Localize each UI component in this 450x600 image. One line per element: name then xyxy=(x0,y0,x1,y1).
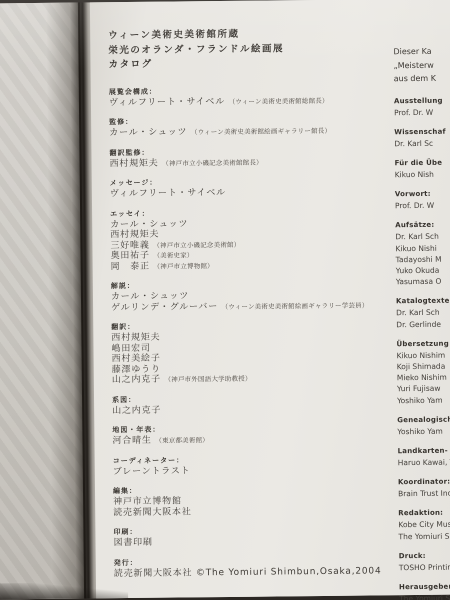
credit-name: 西村規矩夫 xyxy=(110,158,159,169)
credit-affiliation: （ウィーン美術史美術館総館長） xyxy=(229,96,329,105)
credit-name: Mieko Nishim xyxy=(397,371,450,384)
credit-section-label: Übersetzung xyxy=(396,336,450,349)
credit-entry: 河合晴生 （東京都美術館） xyxy=(112,433,417,447)
credit-name: Dr. Gerlinde xyxy=(396,317,450,330)
credit-name: 西村美絵子 xyxy=(112,354,161,365)
credit-section: コーディネーター：ブレーントラスト xyxy=(113,451,418,477)
credit-name: 神戸市立博物館 xyxy=(113,496,182,507)
credit-name: 読売新聞大阪本社 xyxy=(113,507,192,518)
credit-section-label: Vorwort: xyxy=(395,187,450,200)
credit-affiliation: （神戸市外国語大学助教授） xyxy=(164,375,251,384)
credit-name: Prof. Dr. W xyxy=(395,199,450,212)
bottom-left-shadow xyxy=(0,582,128,600)
credit-name: 西村規矩夫 xyxy=(110,230,159,241)
credit-section-label: Landkarten- u xyxy=(398,444,450,457)
credit-name: Kobe City Mus xyxy=(398,518,450,531)
credit-section: 発行：読売新聞大阪本社 ©The Yomiuri Shimbun,Osaka,2… xyxy=(114,553,419,579)
credit-section-label: Redaktion: xyxy=(398,506,450,519)
credit-section-label: Druck: xyxy=(399,548,450,561)
credit-section: ÜbersetzungKikuo NishimKoji ShimadaMieko… xyxy=(396,336,450,405)
open-book: ウィーン美術史美術館所蔵栄光のオランダ・フランドル絵画展カタログ 展覧会構成：ヴ… xyxy=(0,0,450,600)
credit-name: Prof. Dr. W xyxy=(394,105,450,118)
credit-section: Druck:TOSHO Printing xyxy=(399,548,450,573)
credit-section: Für die ÜbeKikuo Nish xyxy=(395,156,450,181)
credit-affiliation: （美術史家） xyxy=(153,251,193,259)
credit-name: Haruo Kawai, T xyxy=(398,456,450,469)
credit-name: Brain Trust Inc xyxy=(398,487,450,500)
credit-section: 翻訳監修：西村規矩夫 （神戸市立小磯記念美術館館長） xyxy=(109,144,414,170)
credit-section: KatalogtexteDr. Karl SchDr. Gerlinde xyxy=(396,294,450,330)
credit-name: ゲルリンデ・グルーバー xyxy=(111,302,218,313)
credit-section: 編集：神戸市立博物館読売新聞大阪本社 xyxy=(113,482,418,518)
credit-name: Dr. Karl Sch xyxy=(396,306,450,319)
credit-section-label: Genealogisch xyxy=(397,412,450,425)
credit-name: 読売新聞大阪本社 ©The Yomiuri Shimbun,Osaka,2004 xyxy=(114,566,382,579)
credit-section: Vorwort:Prof. Dr. W xyxy=(395,187,450,212)
credit-entry: ヴィルフリート・サイベル （ウィーン美術史美術館総館長） xyxy=(109,95,414,109)
credit-name: Dr. Karl Sch xyxy=(395,230,450,243)
credit-name: ヴィルフリート・サイベル xyxy=(110,188,226,199)
credit-affiliation: （ウィーン美術史美術館絵画ギャラリー館長） xyxy=(191,127,331,136)
credit-name: 西村規矩夫 xyxy=(111,333,160,344)
catalog-title-block: ウィーン美術史美術館所蔵栄光のオランダ・フランドル絵画展カタログ xyxy=(108,26,413,73)
credit-section: Herausgeber:The Yomiuri Sh xyxy=(399,580,450,600)
german-intro-line: Dieser Ka xyxy=(393,44,450,59)
credit-name: 藤澤ゆうり xyxy=(112,364,161,375)
credit-entry: ブレーントラスト xyxy=(113,463,418,477)
german-intro-line: „Meisterw xyxy=(393,57,450,72)
japanese-credits-column: ウィーン美術史美術館所蔵栄光のオランダ・フランドル絵画展カタログ 展覧会構成：ヴ… xyxy=(108,0,419,579)
credit-section: Koordinator:Brain Trust Inc xyxy=(398,475,450,500)
credit-entry: 読売新聞大阪本社 xyxy=(113,504,418,518)
credit-name: 奥田祐子 xyxy=(110,251,149,261)
credit-section-label: Aufsätze: xyxy=(395,218,450,231)
credit-section: Aufsätze:Dr. Karl SchKikuo NishiTadayosh… xyxy=(395,218,450,287)
credit-entry: ゲルリンデ・グルーバー （ウィーン美術史美術館絵画ギャラリー学芸員） xyxy=(111,299,416,313)
credit-section-label: Für die Übe xyxy=(395,156,450,169)
credit-entry: 西村規矩夫 （神戸市立小磯記念美術館館長） xyxy=(110,156,415,170)
credit-name: 山之内克子 xyxy=(112,375,161,386)
credit-section: AusstellungProf. Dr. W xyxy=(394,93,450,118)
credit-entry: 山之内克子 xyxy=(112,402,417,416)
credit-name: 嶋田宏司 xyxy=(111,343,150,353)
credit-section: WissenschafDr. Karl Sc xyxy=(394,124,450,149)
credit-name: Dr. Karl Sc xyxy=(394,136,450,149)
credit-affiliation: （神戸市立博物館） xyxy=(153,262,213,271)
credit-section: 解説：カール・シュッツゲルリンデ・グルーバー （ウィーン美術史美術館絵画ギャラリ… xyxy=(111,277,416,313)
german-credits-column: Dieser Ka„Meisterwaus dem K AusstellungP… xyxy=(393,0,450,600)
credit-name: Kikuo Nishim xyxy=(397,348,450,361)
credit-entry: 図書印刷 xyxy=(113,535,418,549)
credit-affiliation: （神戸市立小磯記念美術館） xyxy=(153,240,240,249)
credit-name: Yasumasa O xyxy=(396,275,450,288)
credit-section: 翻訳：西村規矩夫嶋田宏司西村美絵子藤澤ゆうり山之内克子 （神戸市外国語大学助教授… xyxy=(111,318,417,386)
credit-name: カール・シュッツ xyxy=(109,127,187,138)
credit-name: Yuri Fujisaw xyxy=(397,382,450,395)
credit-name: 山之内克子 xyxy=(112,405,161,416)
credit-name: Kikuo Nish xyxy=(395,168,450,181)
credit-section: Redaktion:Kobe City MusThe Yomiuri Sh xyxy=(398,506,450,542)
credit-entry: 山之内克子 （神戸市外国語大学助教授） xyxy=(112,372,417,386)
german-intro-line: aus dem K xyxy=(394,71,450,86)
credit-affiliation: （ウィーン美術史美術館絵画ギャラリー学芸員） xyxy=(222,301,369,311)
credit-name: Kikuo Nishi xyxy=(395,241,450,254)
credit-affiliation: （神戸市立小磯記念美術館館長） xyxy=(162,158,263,167)
credit-name: Tadayoshi M xyxy=(396,252,450,265)
book-photo: ウィーン美術史美術館所蔵栄光のオランダ・フランドル絵画展カタログ 展覧会構成：ヴ… xyxy=(0,0,450,600)
credit-name: 河合晴生 xyxy=(112,436,151,446)
japanese-credit-sections: 展覧会構成：ヴィルフリート・サイベル （ウィーン美術史美術館総館長）監修：カール… xyxy=(109,83,419,580)
credit-name: 岡 泰正 xyxy=(111,261,150,271)
credit-name: Koji Shimada xyxy=(397,360,450,373)
credit-section-label: Katalogtexte xyxy=(396,294,450,307)
left-blank-page xyxy=(0,3,86,600)
credit-name: The Yomiuri Sh xyxy=(399,592,450,600)
credit-name: Yuko Okuda xyxy=(396,264,450,277)
credit-section-label: Koordinator: xyxy=(398,475,450,488)
credit-name: TOSHO Printing xyxy=(399,560,450,573)
credit-name: ヴィルフリート・サイベル xyxy=(109,96,225,107)
credit-section: 系図：山之内克子 xyxy=(112,390,417,416)
credit-name: Yoshiko Yam xyxy=(397,393,450,406)
german-intro-block: Dieser Ka„Meisterwaus dem K xyxy=(393,44,450,86)
credit-name: The Yomiuri Sh xyxy=(398,529,450,542)
credit-name: カール・シュッツ xyxy=(111,291,189,302)
credit-section: Landkarten- uHaruo Kawai, T xyxy=(398,444,450,469)
credit-section: 展覧会構成：ヴィルフリート・サイベル （ウィーン美術史美術館総館長） xyxy=(109,83,414,109)
credit-section-label: Wissenschaf xyxy=(394,124,450,137)
credit-section: GenealogischYoshiko Yam xyxy=(397,412,450,437)
credit-section-label: Ausstellung xyxy=(394,93,450,106)
credit-section: エッセイ：カール・シュッツ西村規矩夫三好唯義 （神戸市立小磯記念美術館）奥田祐子… xyxy=(110,205,416,273)
credit-entry: ヴィルフリート・サイベル xyxy=(110,186,415,200)
credit-name: カール・シュッツ xyxy=(110,219,188,230)
credit-name: 図書印刷 xyxy=(113,538,152,548)
credit-section-label: Herausgeber: xyxy=(399,580,450,593)
credit-entry: カール・シュッツ （ウィーン美術史美術館絵画ギャラリー館長） xyxy=(109,125,414,139)
credit-section: 地図・年表：河合晴生 （東京都美術館） xyxy=(112,421,417,447)
credit-section: メッセージ：ヴィルフリート・サイベル xyxy=(110,174,415,200)
credit-section: 印刷：図書印刷 xyxy=(113,523,418,549)
credit-name: Yoshiko Yam xyxy=(397,424,450,437)
german-credit-sections: AusstellungProf. Dr. WWissenschafDr. Kar… xyxy=(394,93,450,600)
credit-section: 監修：カール・シュッツ （ウィーン美術史美術館絵画ギャラリー館長） xyxy=(109,113,414,139)
credit-name: ブレーントラスト xyxy=(113,466,191,477)
credit-name: 三好唯義 xyxy=(110,240,149,250)
credit-affiliation: （東京都美術館） xyxy=(155,436,209,445)
